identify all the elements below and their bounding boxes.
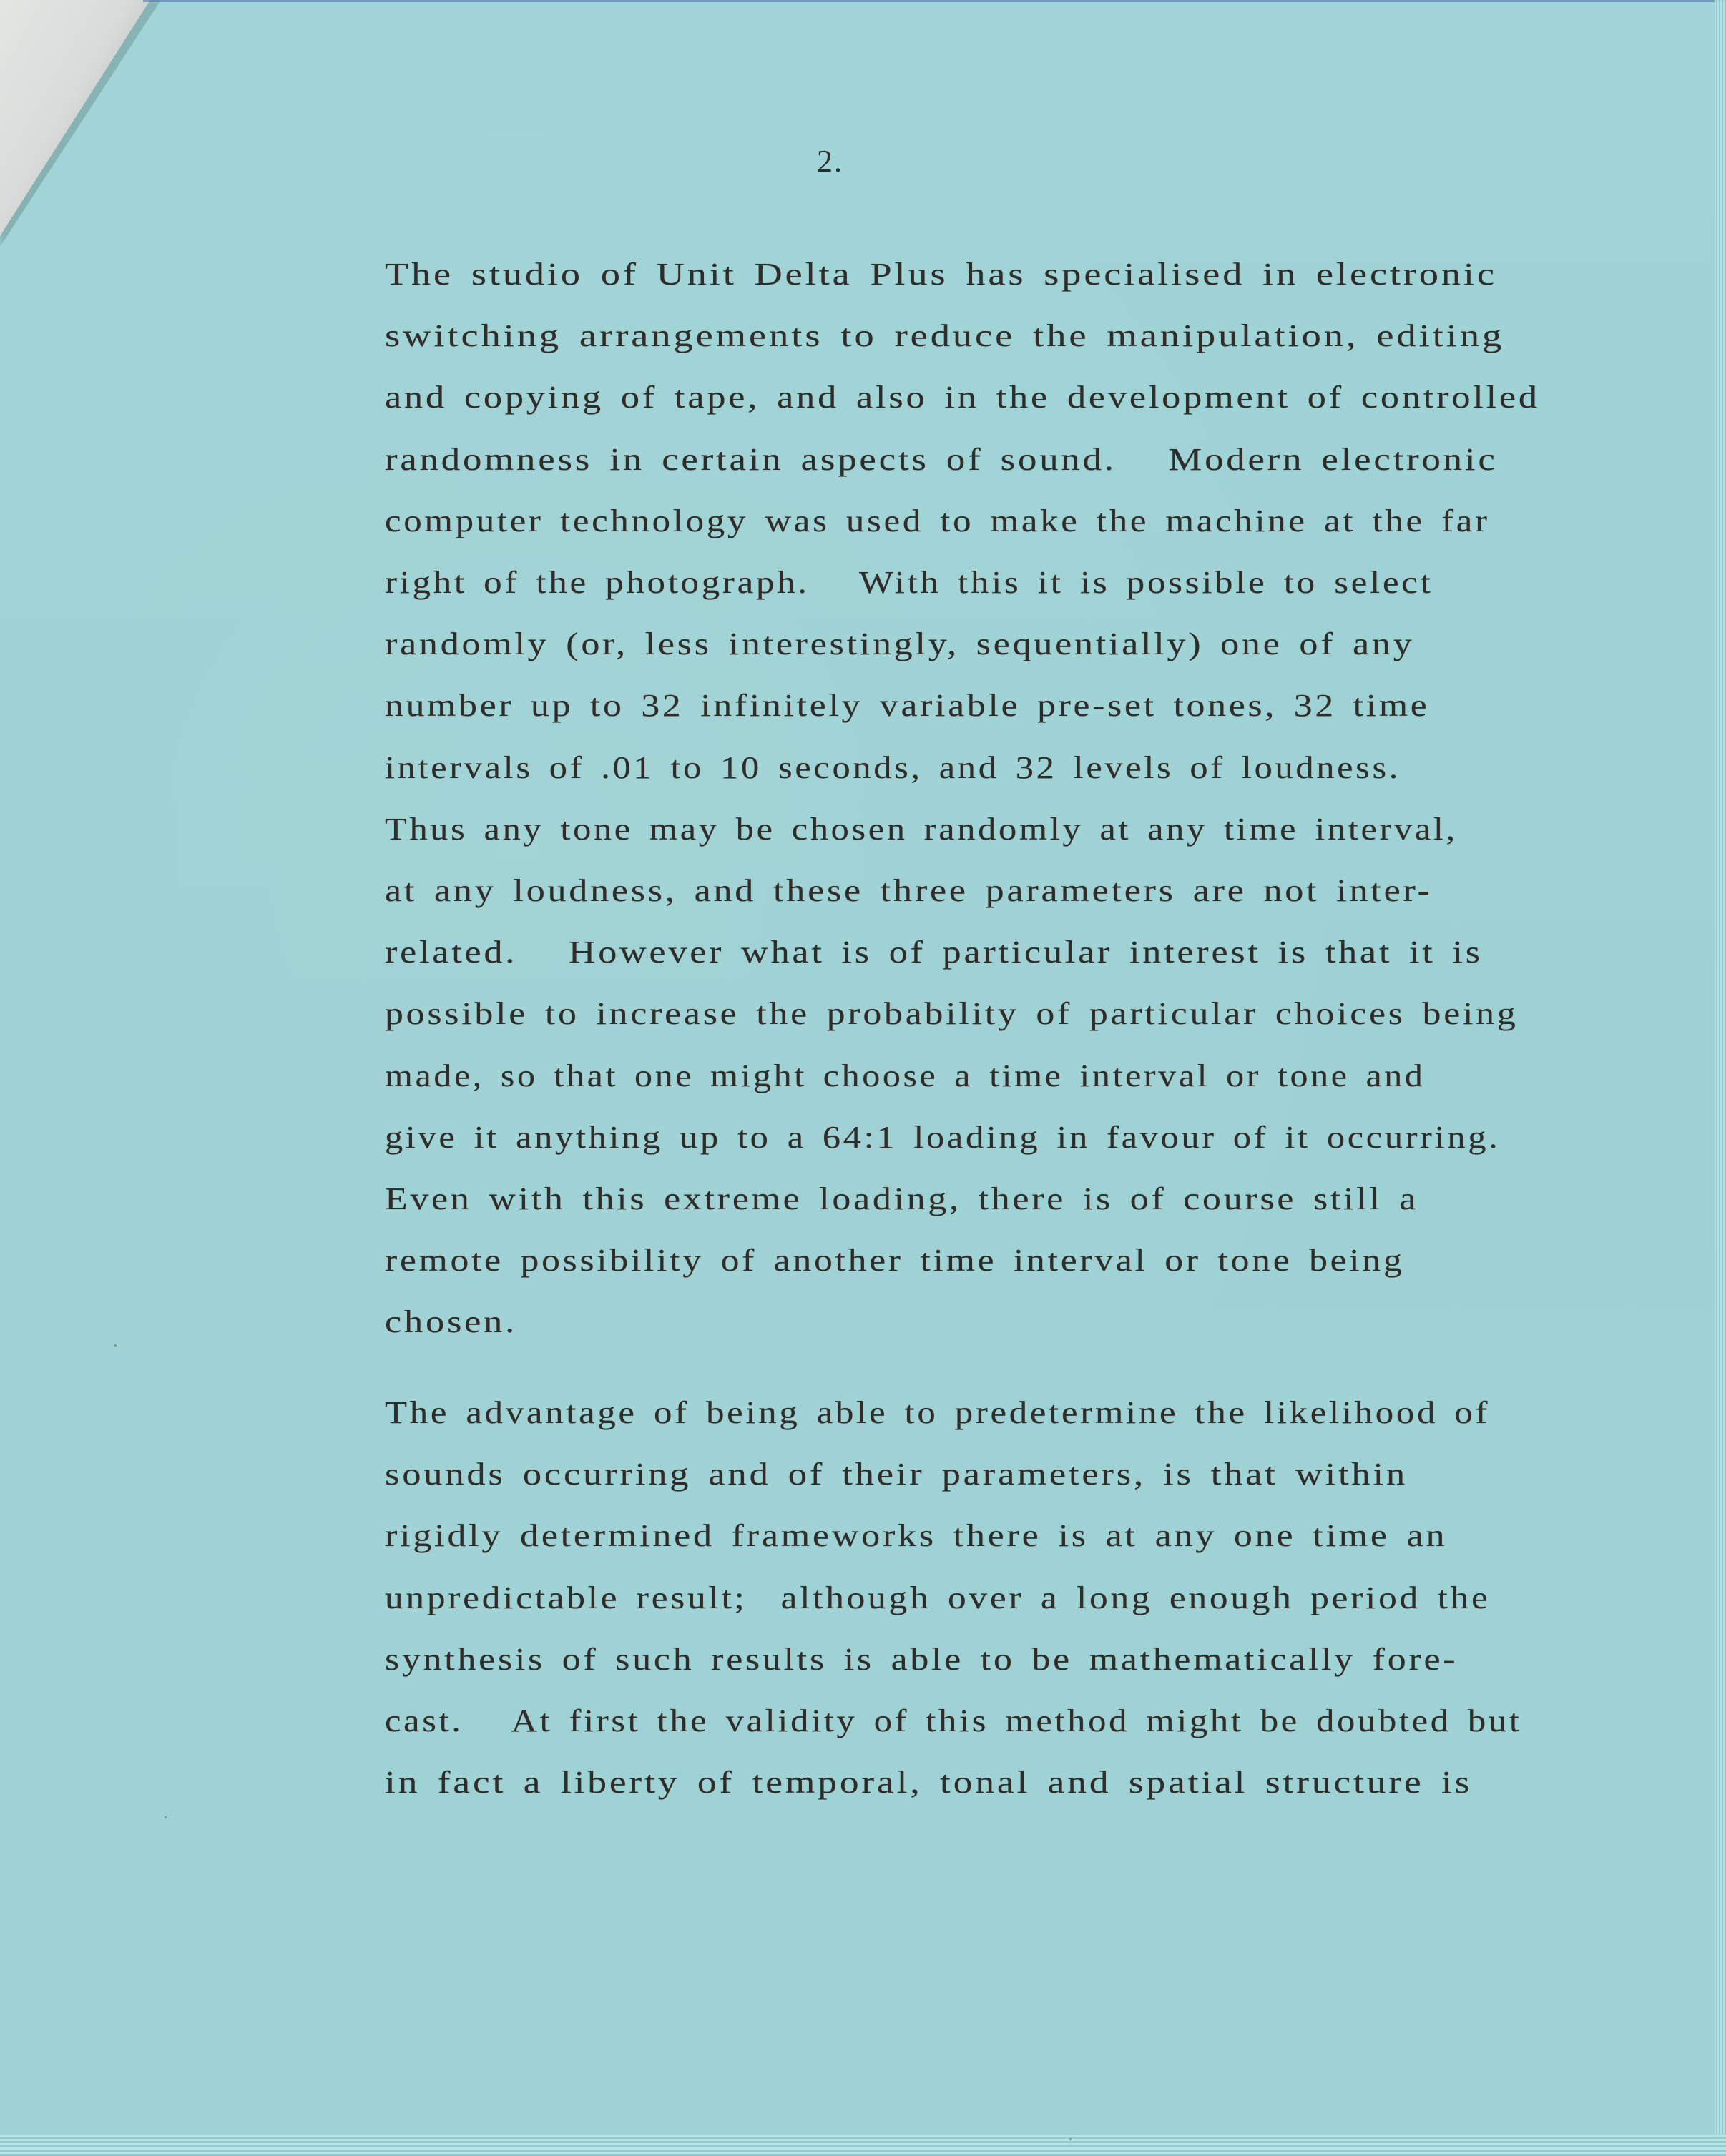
text-line: remote possibility of another time inter…	[385, 1242, 1405, 1279]
top-page-edge	[143, 0, 1726, 2]
text-line: rigidly determined frameworks there is a…	[385, 1517, 1447, 1554]
scanned-page: 2. The studio of Unit Delta Plus has spe…	[0, 0, 1726, 2156]
text-line: right of the photograph. With this it is…	[385, 564, 1433, 601]
text-line: give it anything up to a 64:1 loading in…	[385, 1119, 1500, 1156]
text-line: computer technology was used to make the…	[385, 503, 1490, 539]
text-line: sounds occurring and of their parameters…	[385, 1456, 1408, 1492]
text-line: chosen.	[385, 1304, 517, 1340]
paper-speck	[1069, 2138, 1072, 2140]
text-line: Even with this extreme loading, there is…	[385, 1181, 1418, 1217]
text-line: switching arrangements to reduce the man…	[385, 318, 1504, 354]
stacked-page-edge-bottom	[0, 2135, 1726, 2156]
text-line: in fact a liberty of temporal, tonal and…	[385, 1764, 1472, 1801]
text-line: synthesis of such results is able to be …	[385, 1641, 1458, 1678]
text-line: randomness in certain aspects of sound. …	[385, 441, 1498, 478]
paper-speck	[165, 1816, 167, 1818]
text-line: possible to increase the probability of …	[385, 995, 1519, 1032]
text-line: cast. At first the validity of this meth…	[385, 1703, 1522, 1739]
text-line: number up to 32 infinitely variable pre-…	[385, 687, 1429, 724]
text-line: randomly (or, less interestingly, sequen…	[385, 626, 1414, 662]
paper-speck	[114, 1344, 117, 1347]
text-line: unpredictable result; although over a lo…	[385, 1580, 1491, 1616]
text-line: at any loudness, and these three paramet…	[385, 872, 1433, 909]
text-line: made, so that one might choose a time in…	[385, 1058, 1426, 1094]
text-line: Thus any tone may be chosen randomly at …	[385, 811, 1458, 847]
stacked-page-edge-right	[1715, 0, 1726, 2156]
text-line: The advantage of being able to predeterm…	[385, 1394, 1490, 1431]
text-line: and copying of tape, and also in the dev…	[385, 379, 1540, 415]
folded-corner	[0, 0, 150, 236]
text-line: The studio of Unit Delta Plus has specia…	[385, 256, 1497, 292]
text-line: intervals of .01 to 10 seconds, and 32 l…	[385, 749, 1401, 786]
page-number: 2.	[817, 143, 843, 179]
text-line: related. However what is of particular i…	[385, 934, 1483, 970]
